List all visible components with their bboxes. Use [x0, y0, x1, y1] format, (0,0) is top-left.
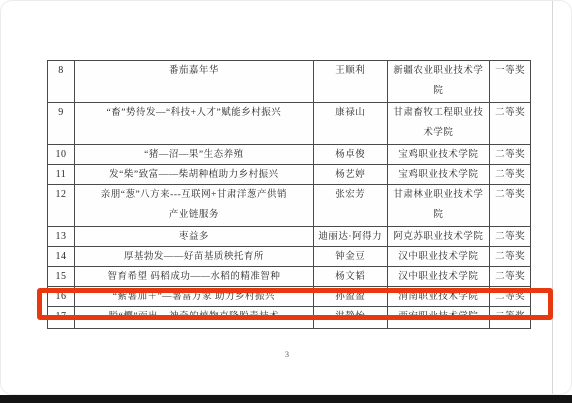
- cell-project: 枣益多: [75, 227, 314, 246]
- cell-no: 14: [48, 247, 75, 266]
- cell-school: 甘肃畜牧工程职业技 术学院: [388, 103, 491, 144]
- cell-award: 二等奖: [490, 307, 530, 328]
- cell-project: “畜”势待发—“科技+人才”赋能乡村振兴: [75, 103, 314, 144]
- cell-person: 杨卓俊: [314, 145, 388, 164]
- cell-no: 15: [48, 267, 75, 286]
- cell-person: 迪丽达·阿得力: [314, 227, 388, 246]
- cell-award: 二等奖: [490, 145, 530, 164]
- cell-person: 王顺利: [314, 61, 388, 102]
- cell-school: 西安职业技术学院: [388, 307, 491, 328]
- cell-project: 亲朋“葱”八方来---互联网+甘肃洋葱产供销 产业链服务: [75, 185, 314, 226]
- cell-school: 渭南职业技术学院: [388, 287, 491, 306]
- cell-award: 二等奖: [490, 185, 530, 226]
- cell-no: 12: [48, 185, 75, 226]
- cell-award: 二等奖: [490, 267, 530, 286]
- cell-project: 厚基勃发——好苗基质秧托育所: [75, 247, 314, 266]
- cell-school: 阿克苏职业技术学院: [388, 227, 491, 246]
- cell-no: 13: [48, 227, 75, 246]
- table-row: 15 智育希望 码稻成功——水稻的精准智种 杨文韬 汉中职业技术学院 二等奖: [48, 267, 530, 287]
- cell-project: 番茄嘉年华: [75, 61, 314, 102]
- award-table: 8 番茄嘉年华 王顺利 新疆农业职业技术学 院 一等奖 9 “畜”势待发—“科技…: [47, 60, 531, 329]
- cell-person: 钟金豆: [314, 247, 388, 266]
- cell-award: 二等奖: [490, 247, 530, 266]
- table-row: 14 厚基勃发——好苗基质秧托育所 钟金豆 汉中职业技术学院 二等奖: [48, 247, 530, 267]
- cell-school: 宝鸡职业技术学院: [388, 165, 491, 184]
- cell-person: 杨文韬: [314, 267, 388, 286]
- cell-no: 10: [48, 145, 75, 164]
- cell-no: 9: [48, 103, 75, 144]
- cell-school: 汉中职业技术学院: [388, 267, 491, 286]
- table-row: 13 枣益多 迪丽达·阿得力 阿克苏职业技术学院 二等奖: [48, 227, 530, 247]
- table-row: 17 脱“樱”而出---神奇的植物克隆脱毒技术 洪静怡 西安职业技术学院 二等奖: [48, 307, 530, 328]
- cell-award: 二等奖: [490, 165, 530, 184]
- cell-award: 二等奖: [490, 227, 530, 246]
- paper-edge-shadow: [552, 1, 553, 394]
- photo-canvas: 8 番茄嘉年华 王顺利 新疆农业职业技术学 院 一等奖 9 “畜”势待发—“科技…: [0, 0, 572, 403]
- cell-no: 11: [48, 165, 75, 184]
- table-row: 11 发“柴”致富——柴胡种植助力乡村振兴 杨艺婷 宝鸡职业技术学院 二等奖: [48, 165, 530, 185]
- table-row: 8 番茄嘉年华 王顺利 新疆农业职业技术学 院 一等奖: [48, 61, 530, 103]
- cell-school: 新疆农业职业技术学 院: [388, 61, 491, 102]
- cell-award: 二等奖: [490, 103, 530, 144]
- cell-project: 智育希望 码稻成功——水稻的精准智种: [75, 267, 314, 286]
- cell-award: 二等奖: [490, 287, 530, 306]
- cell-project: 脱“樱”而出---神奇的植物克隆脱毒技术: [75, 307, 314, 328]
- cell-person: 张宏芳: [314, 185, 388, 226]
- table-row: 9 “畜”势待发—“科技+人才”赋能乡村振兴 康禄山 甘肃畜牧工程职业技 术学院…: [48, 103, 530, 145]
- cell-person: 孙盈盈: [314, 287, 388, 306]
- cell-no: 17: [48, 307, 75, 328]
- cell-school: 宝鸡职业技术学院: [388, 145, 491, 164]
- cell-person: 康禄山: [314, 103, 388, 144]
- page-number: 3: [279, 350, 295, 359]
- cell-project: 发“柴”致富——柴胡种植助力乡村振兴: [75, 165, 314, 184]
- cell-person: 杨艺婷: [314, 165, 388, 184]
- cell-school: 甘肃林业职业技术学 院: [388, 185, 491, 226]
- cell-no: 8: [48, 61, 75, 102]
- cell-project: “紫薯加＋”—薯富万家 助力乡村振兴: [75, 287, 314, 306]
- table-row-highlighted: 16 “紫薯加＋”—薯富万家 助力乡村振兴 孙盈盈 渭南职业技术学院 二等奖: [48, 287, 530, 307]
- cell-no: 16: [48, 287, 75, 306]
- cell-person: 洪静怡: [314, 307, 388, 328]
- cell-project: “猪—沼—果”生态养殖: [75, 145, 314, 164]
- table-row: 10 “猪—沼—果”生态养殖 杨卓俊 宝鸡职业技术学院 二等奖: [48, 145, 530, 165]
- document-page: 8 番茄嘉年华 王顺利 新疆农业职业技术学 院 一等奖 9 “畜”势待发—“科技…: [0, 0, 572, 395]
- photo-bottom-edge: [0, 395, 572, 403]
- table-row: 12 亲朋“葱”八方来---互联网+甘肃洋葱产供销 产业链服务 张宏芳 甘肃林业…: [48, 185, 530, 227]
- cell-award: 一等奖: [490, 61, 530, 102]
- cell-school: 汉中职业技术学院: [388, 247, 491, 266]
